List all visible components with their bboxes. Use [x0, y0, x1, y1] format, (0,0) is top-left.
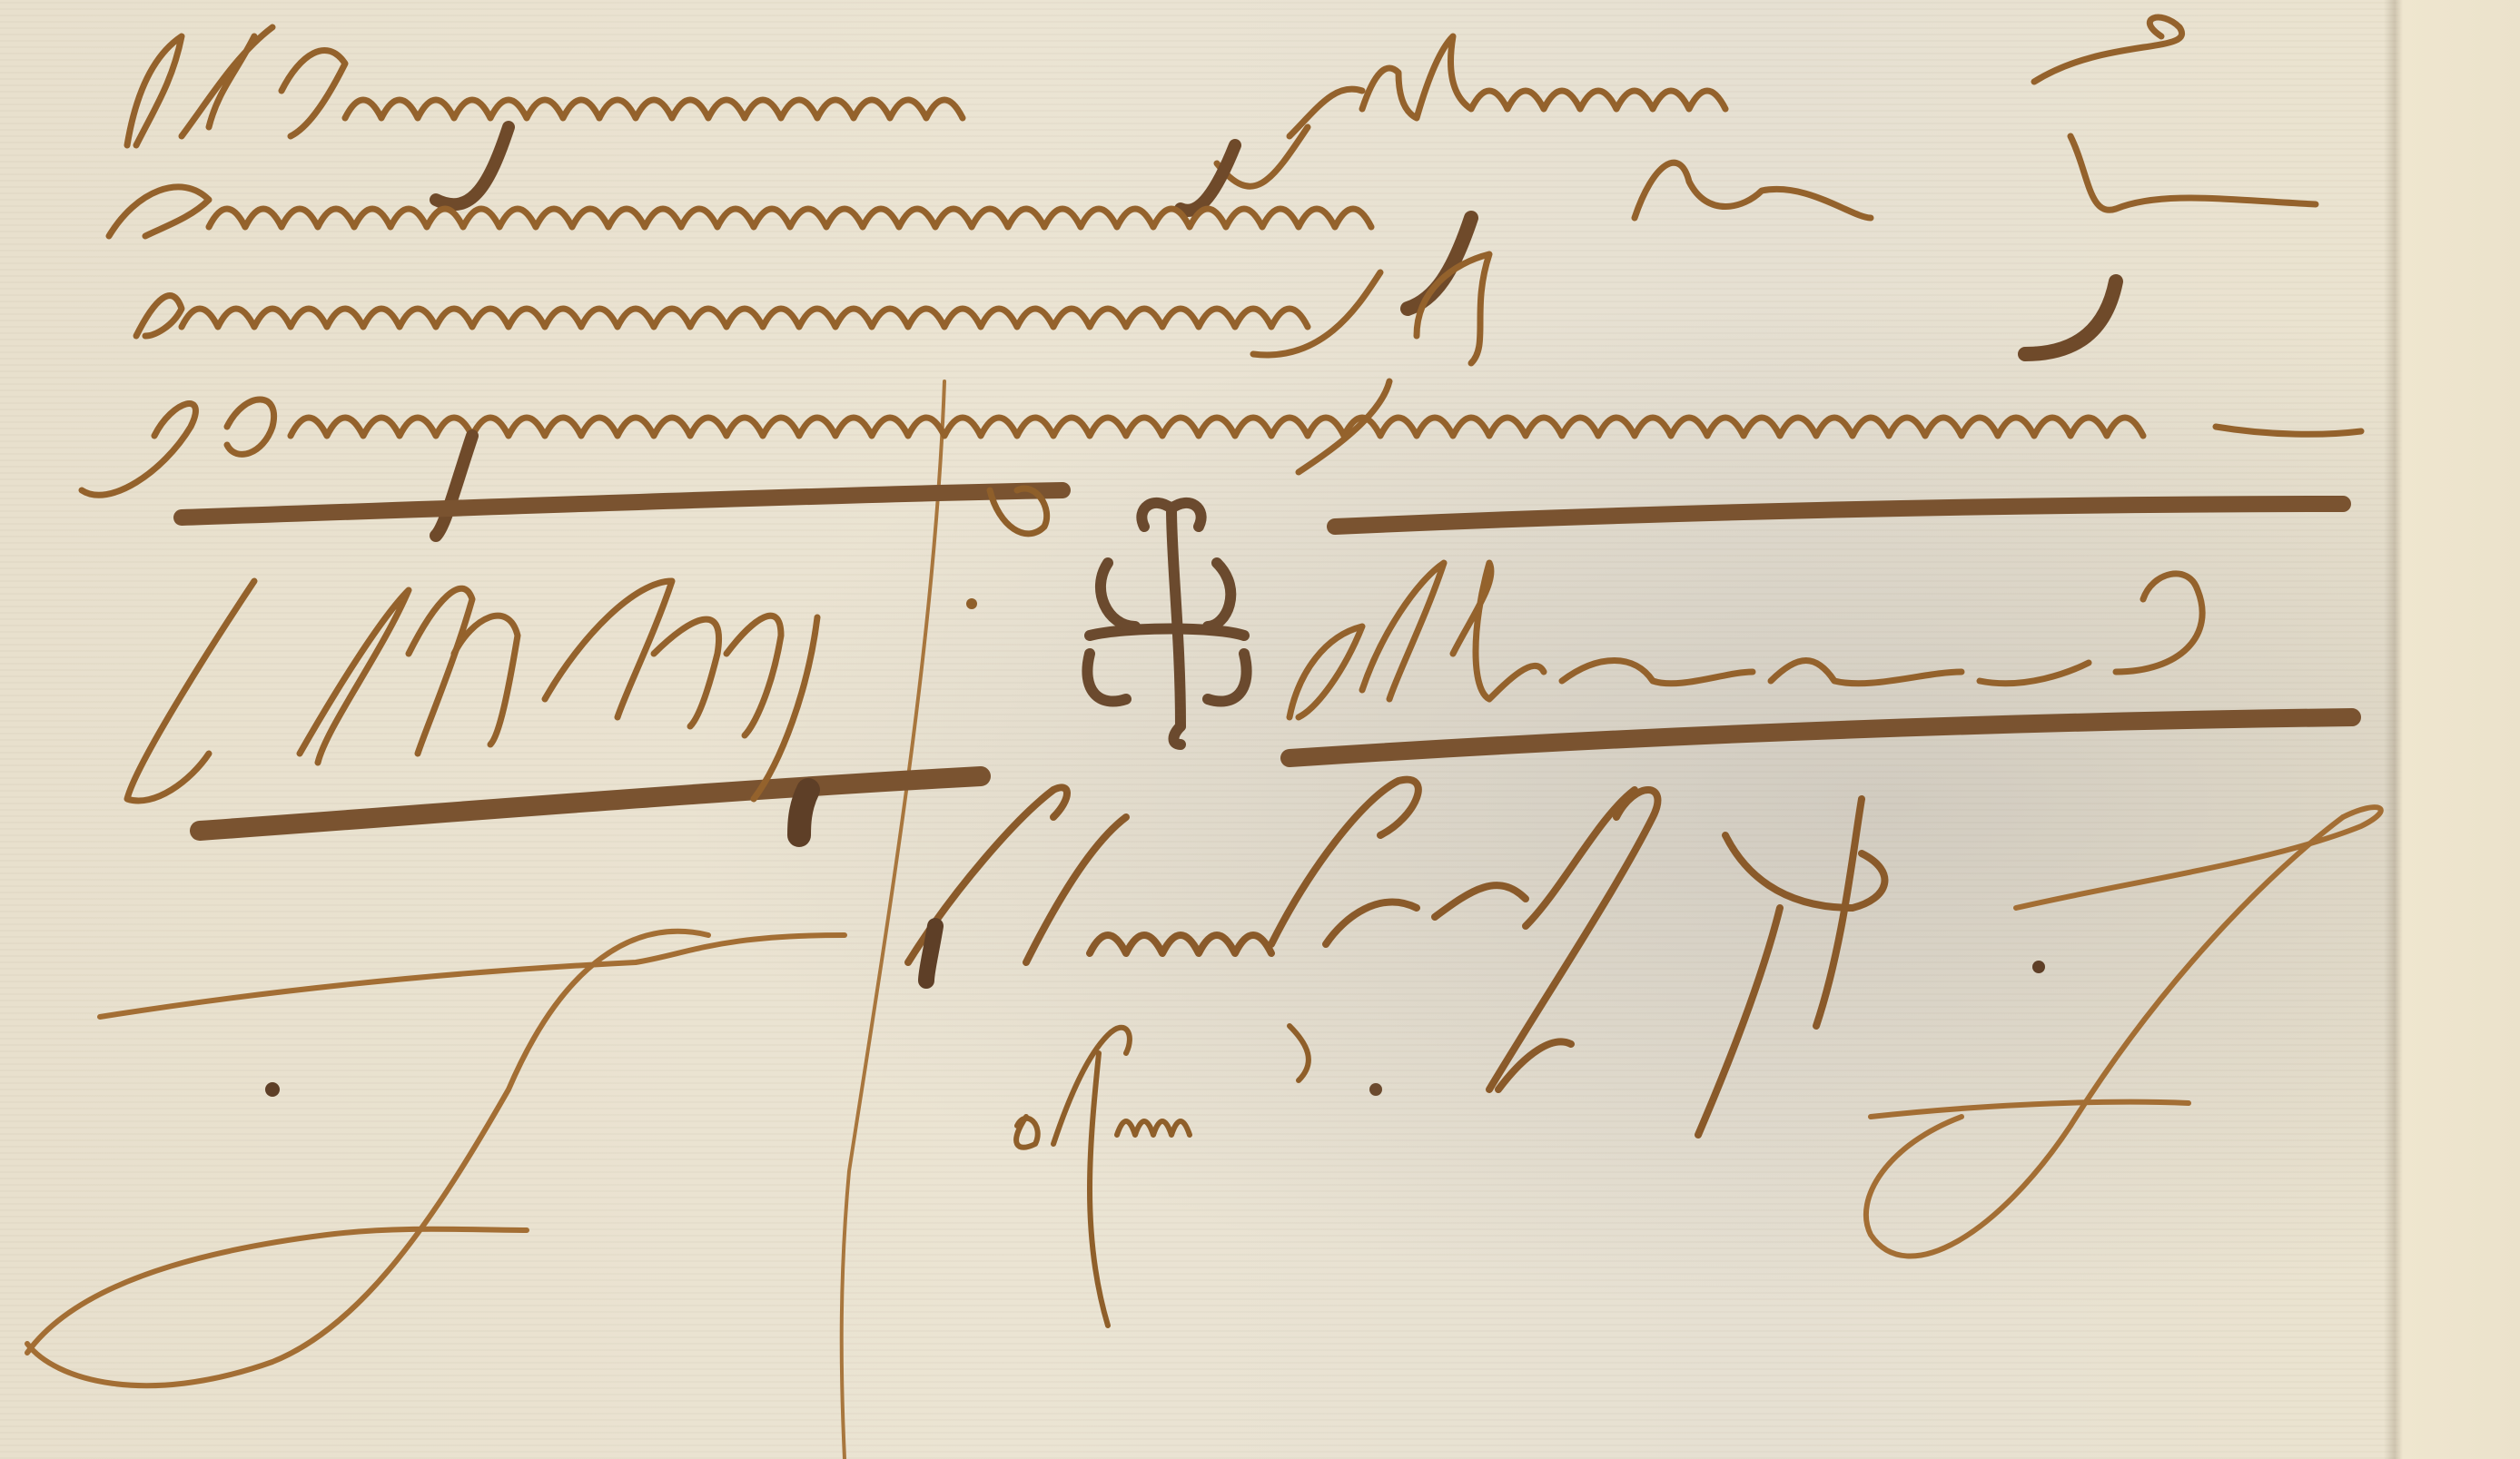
rubric-left-strokes	[27, 932, 845, 1385]
line-3-descender	[2025, 281, 2116, 354]
separator-stroke-4	[200, 776, 981, 831]
separator-stroke-3	[1290, 717, 2352, 758]
ink-blot	[799, 790, 808, 835]
separator-stroke-1	[182, 490, 1062, 518]
separator-stroke-2	[1335, 504, 2343, 527]
rubric-left-dot	[265, 1082, 280, 1097]
manuscript-page: ess de rrey nuestro señor publico en la …	[0, 0, 2520, 1459]
rubric-right-dot	[2032, 961, 2045, 973]
rubric-right-strokes	[1866, 807, 2381, 1256]
signature-blot	[926, 926, 935, 981]
notary-sign-strokes	[1087, 503, 1246, 744]
